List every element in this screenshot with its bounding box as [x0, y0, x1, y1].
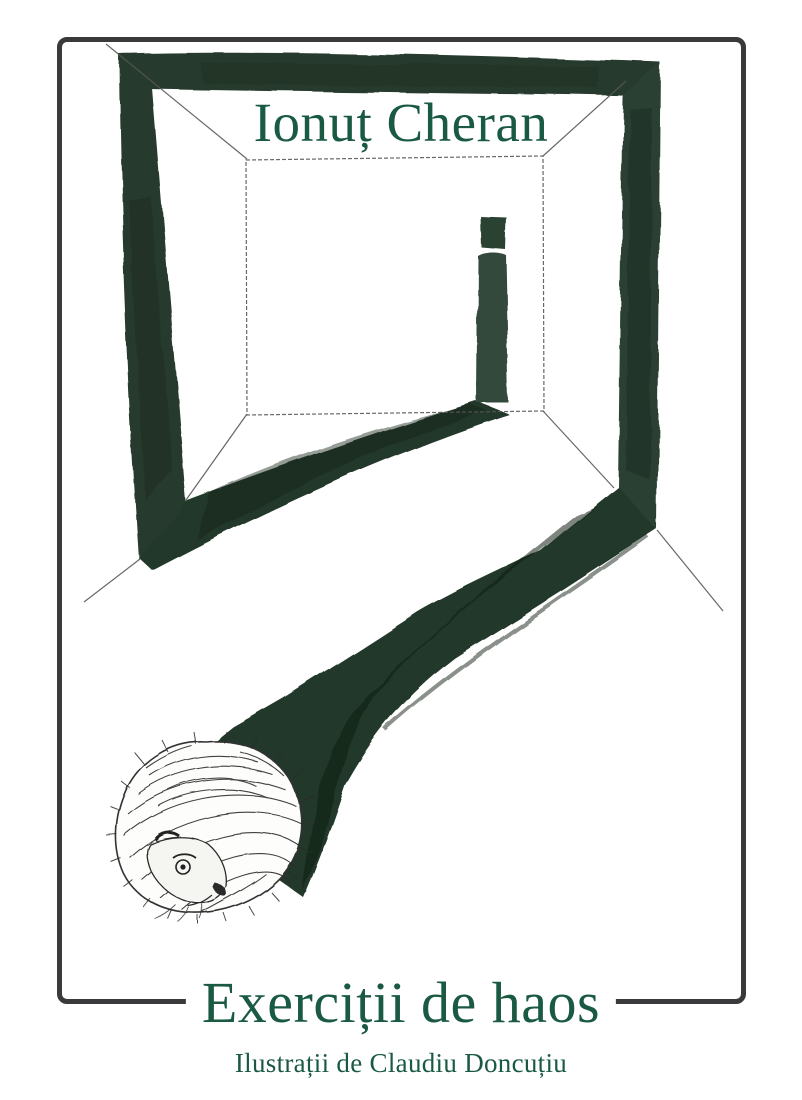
- illustrator-credit: Ilustrații de Claudiu Doncuțiu: [0, 1047, 802, 1079]
- author-name: Ionuț Cheran: [0, 93, 802, 154]
- figure-head: [480, 216, 506, 249]
- standing-figure: [477, 253, 509, 404]
- shadow-floor-band: [139, 401, 509, 570]
- book-title: Exerciții de haos: [186, 970, 616, 1037]
- room-illustration: [0, 0, 802, 1100]
- book-cover: Ionuț Cheran Exerciții de haos Ilustrați…: [0, 0, 802, 1100]
